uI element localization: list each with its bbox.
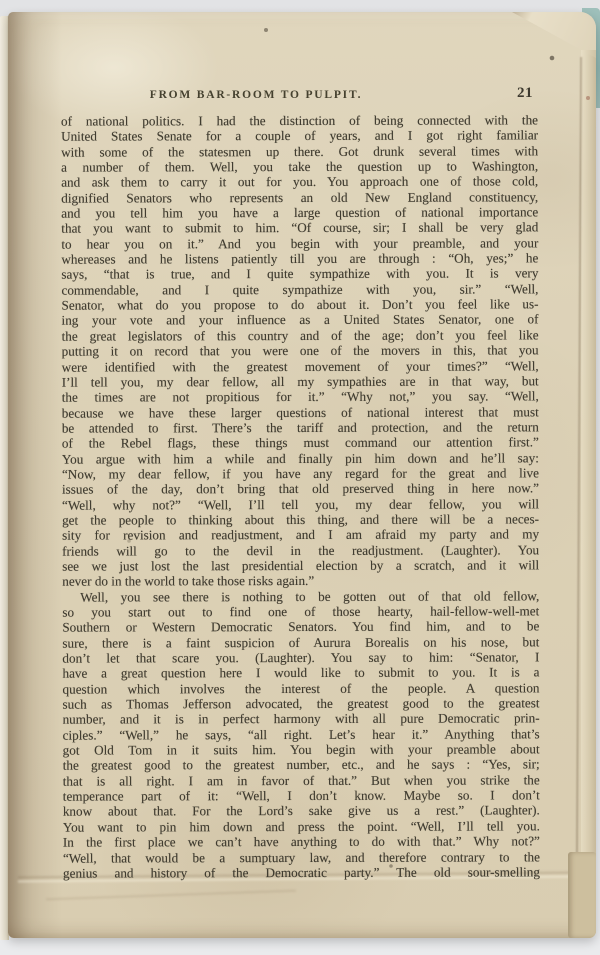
text-line: of national politics. I had the distinct…	[61, 112, 538, 129]
text-line: “Now, my dear fellow, if you have any re…	[62, 465, 539, 482]
text-line: friends will go to the devil in the read…	[62, 542, 539, 559]
text-line: and ask them to carry it out for you. Yo…	[61, 174, 538, 191]
text-line: number, and it is in perfect harmony wit…	[63, 711, 540, 728]
text-line: and you tell him you have a large questi…	[61, 204, 538, 221]
text-line: don’t let that scare you. (Laughter). Yo…	[62, 649, 539, 666]
text-line: Well, you see there is nothing to be got…	[62, 588, 539, 605]
text-line: whereases and he listens patiently till …	[61, 250, 538, 267]
text-line: commendable, and I quite sympathize with…	[61, 281, 538, 298]
text-line: United States Senate for a couple of yea…	[61, 128, 538, 145]
text-line: have a great question here I would like …	[62, 665, 539, 682]
text-line: says, “that is true, and I quite sympath…	[61, 266, 538, 283]
text-line: the times are not propitious for it.” “W…	[62, 389, 539, 406]
text-line: sure, there is a faint suspicion of Auru…	[62, 634, 539, 651]
page-number: 21	[517, 85, 533, 102]
text-line: Senator, what do you propose to do about…	[61, 297, 538, 314]
text-line: of the Rebel flags, these things must co…	[62, 435, 539, 452]
gutter-shadow	[8, 12, 62, 938]
text-line: know about that. For the Lord’s sake giv…	[63, 803, 540, 820]
text-line: were identified with the greatest moveme…	[62, 358, 539, 375]
curled-page-edge-right	[581, 50, 596, 934]
text-line: never do in the world to take those risk…	[62, 573, 539, 590]
text-line: see we just lost the last presidential e…	[62, 557, 539, 574]
text-line: such as Thomas Jefferson advocated, the …	[63, 695, 540, 712]
text-line: with some of the statesmen up there. Got…	[61, 143, 538, 160]
text-line: that you want to submit to him. “Of cour…	[61, 220, 538, 237]
text-line: ing your vote and your influence as a Un…	[62, 312, 539, 329]
text-line: because we have these larger questions o…	[62, 404, 539, 421]
text-line: get the people to thinking about this th…	[62, 511, 539, 528]
text-line: that is all right. I am in favor of that…	[63, 772, 540, 789]
text-line: sity for revision and readjustment, and …	[62, 527, 539, 544]
text-line: be attended to first. There’s the tariff…	[62, 419, 539, 436]
book-page: FROM BAR-ROOM TO PULPIT. 21 of national …	[8, 12, 596, 938]
paper-specks	[8, 12, 10, 14]
text-line: temperance part of it: “Well, I don’t kn…	[63, 787, 540, 804]
text-line: “Well, that would be a sumptuary law, an…	[63, 849, 540, 866]
curled-corner-bottom-right	[568, 852, 596, 938]
text-line: ciples.” “Well,” he says, “all right. Le…	[63, 726, 540, 743]
text-line: so you start out to find one of those he…	[62, 603, 539, 620]
text-line: You argue with him a while and finally p…	[62, 450, 539, 467]
text-line: You want to pin him down and press the p…	[63, 818, 540, 835]
text-line: got Old Tom in it suits him. You begin w…	[63, 741, 540, 758]
text-line: the greatest good to the greatest number…	[63, 757, 540, 774]
text-line: dignified Senators who represents an old…	[61, 189, 538, 206]
bottom-left-crease	[46, 890, 296, 901]
text-line: “Well, why not?” “Well, I’ll tell you, m…	[62, 496, 539, 513]
text-line: Southern or Western Democratic Senators.…	[62, 619, 539, 636]
text-line: In the first place we can’t have anythin…	[63, 834, 540, 851]
text-line: a number of them. Well, you take the que…	[61, 158, 538, 175]
text-line: genius and history of the Democratic par…	[63, 864, 540, 881]
running-title: FROM BAR-ROOM TO PULPIT.	[150, 89, 363, 101]
text-line: issues of the day, don’t bring that old …	[62, 481, 539, 498]
body-text: of national politics. I had the distinct…	[61, 112, 540, 880]
text-line: question which involves the interest of …	[62, 680, 539, 697]
text-line: putting it on record that you were one o…	[62, 343, 539, 360]
scanned-book-photo: FROM BAR-ROOM TO PULPIT. 21 of national …	[0, 0, 600, 955]
text-line: I’ll tell you, my dear fellow, all my sy…	[62, 373, 539, 390]
text-line: the great legislators of this country an…	[62, 327, 539, 344]
text-line: to hear you on it.” And you begin with y…	[61, 235, 538, 252]
